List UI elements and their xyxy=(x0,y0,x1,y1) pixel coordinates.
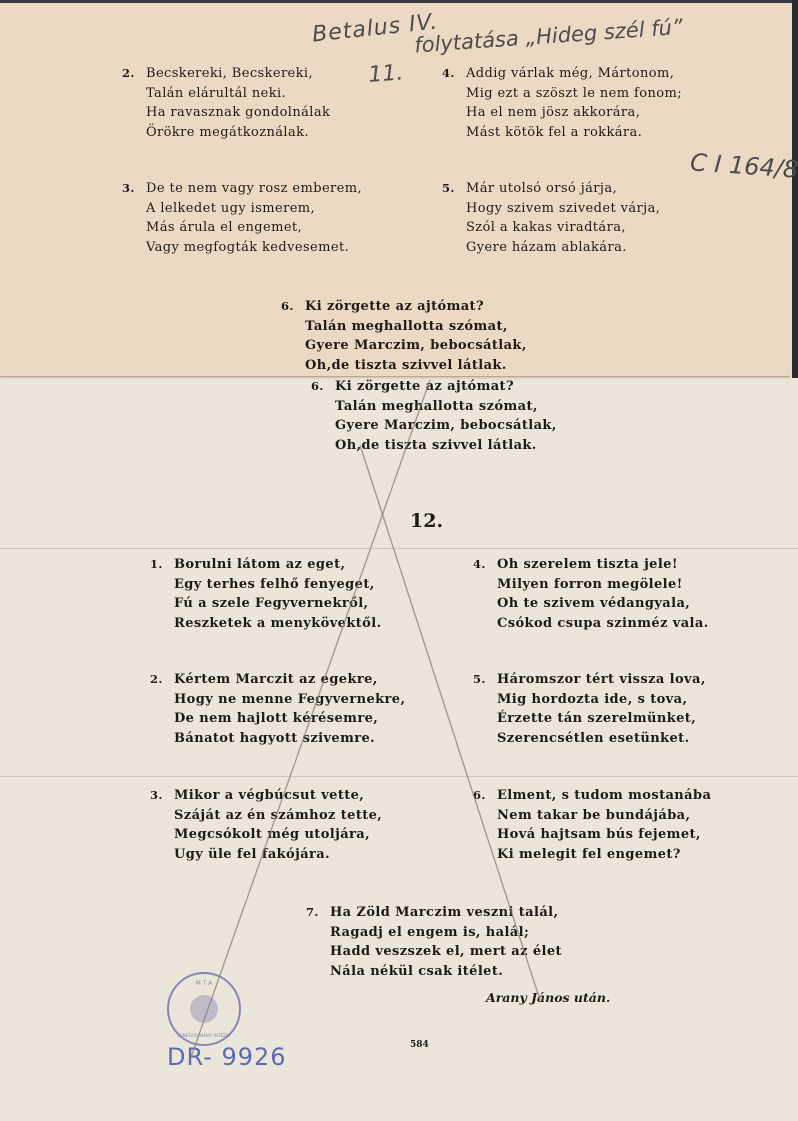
library-stamp: M T A ZENETUDOMÁNYI INTÉZET xyxy=(167,972,241,1046)
fold-line xyxy=(0,776,798,777)
shelfmark: DR- 9926 xyxy=(167,1043,287,1071)
page-number: 584 xyxy=(410,1040,429,1050)
stanza-11-3: 3. De te nem vagy rosz emberem, A lelked… xyxy=(146,179,362,257)
stanza-11-4: 4. Addig várlak még, Mártonom, Mig ezt a… xyxy=(466,64,682,142)
stanza-12-4: 4. Oh szerelem tiszta jele! Milyen forro… xyxy=(497,555,709,633)
stanza-11-6-lower: 6. Ki zörgette az ajtómat? Talán meghall… xyxy=(335,377,557,455)
fold-line xyxy=(0,548,798,549)
stanza-12-6: 6. Elment, s tudom mostanába Nem takar b… xyxy=(497,786,711,864)
stamp-emblem-icon xyxy=(190,995,218,1023)
stanza-12-1: 1. Borulni látom az eget, Egy terhes fel… xyxy=(174,555,382,633)
stanza-11-5: 5. Már utolsó orsó járja, Hogy szivem sz… xyxy=(466,179,660,257)
stanza-11-6-upper: 6. Ki zörgette az ajtómat? Talán meghall… xyxy=(305,297,527,375)
attribution: Arany János után. xyxy=(486,990,610,1005)
scan-edge-right xyxy=(792,0,798,378)
stanza-11-2: 2. Becskereki, Becskereki, Talán elárult… xyxy=(146,64,330,142)
poem-12-title: 12. xyxy=(410,510,443,532)
scan-edge-top xyxy=(0,0,798,3)
stanza-12-7: 7. Ha Zöld Marczim veszni talál, Ragadj … xyxy=(330,903,562,981)
stanza-12-3: 3. Mikor a végbúcsut vette, Száját az én… xyxy=(174,786,382,864)
stanza-12-2: 2. Kértem Marczit az egekre, Hogy ne men… xyxy=(174,670,405,748)
stanza-12-5: 5. Háromszor tért vissza lova, Mig hordo… xyxy=(497,670,706,748)
